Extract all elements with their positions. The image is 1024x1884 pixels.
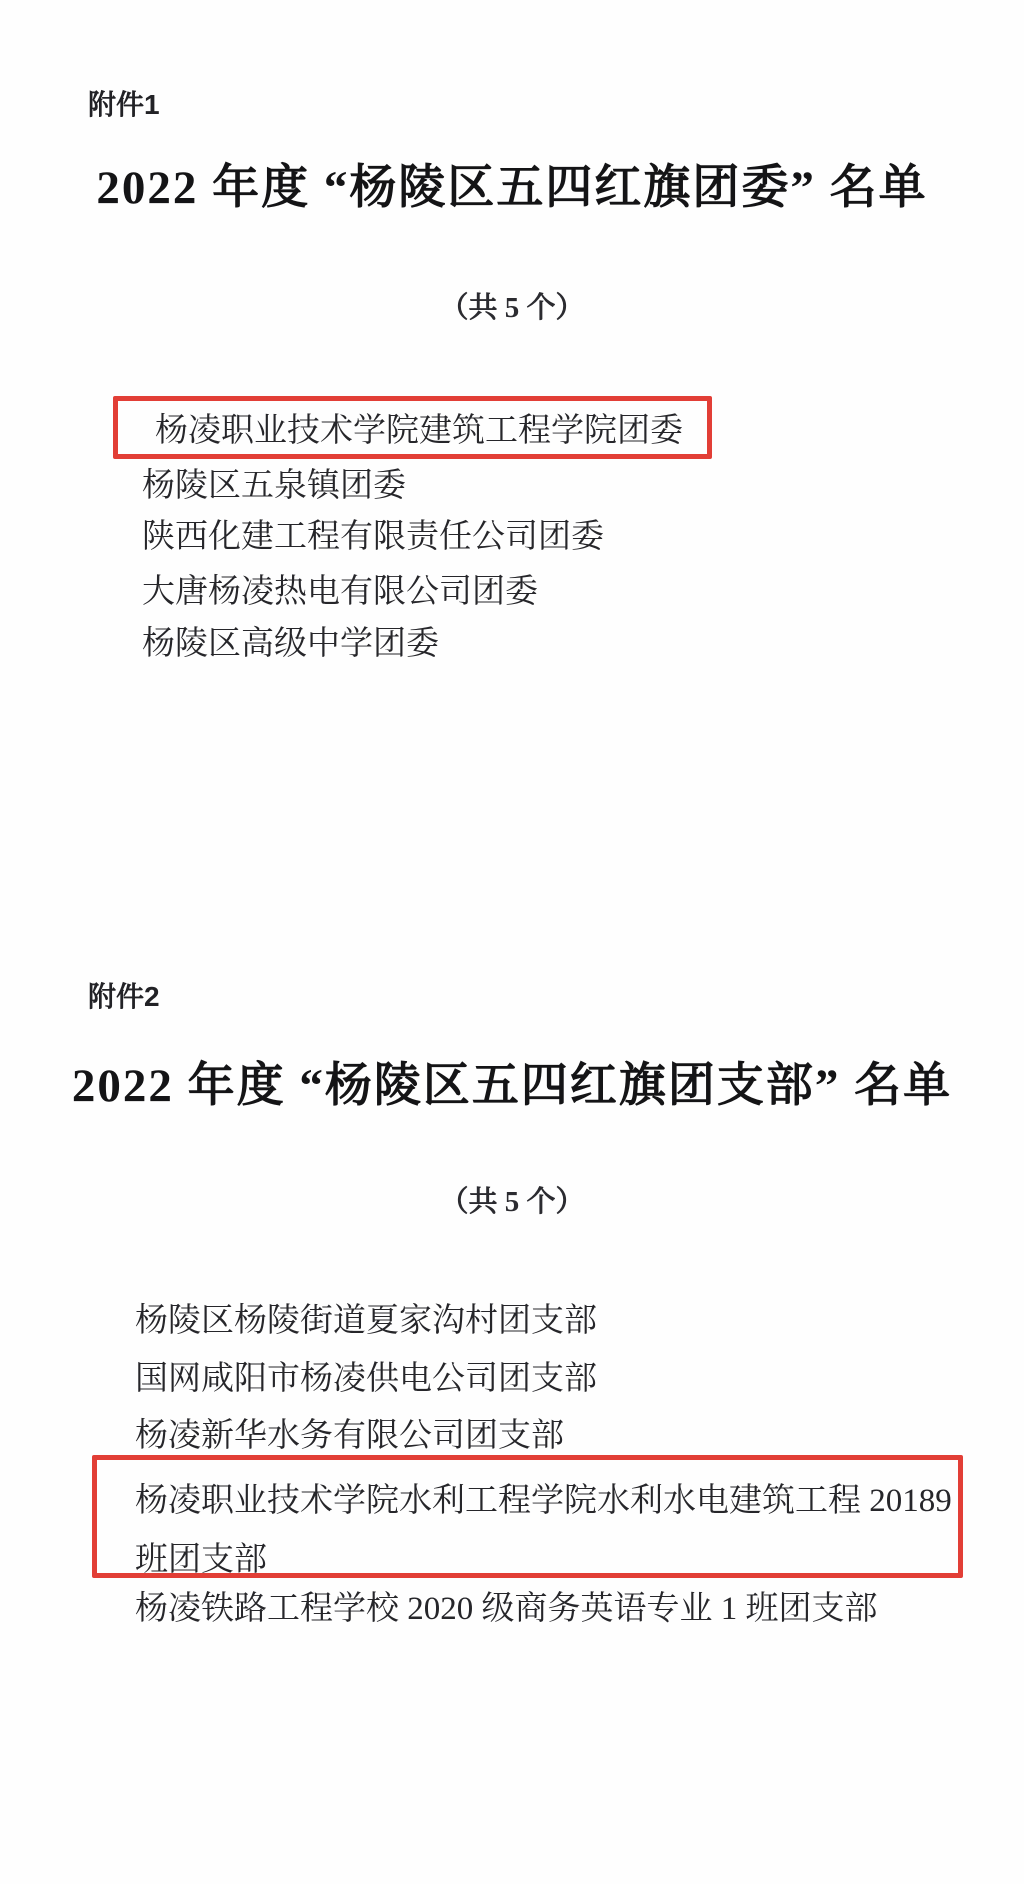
list-item: 杨陵区高级中学团委 (142, 624, 439, 664)
attachment-2-title: 2022 年度 “杨陵区五四红旗团支部” 名单 (0, 1058, 1024, 1114)
highlight-box-1: 杨凌职业技术学院建筑工程学院团委 (113, 396, 712, 459)
attachment-1-label: 附件1 (88, 88, 160, 122)
list-item: 杨凌新华水务有限公司团支部 (135, 1416, 564, 1456)
attachment-1-count: （共 5 个） (0, 290, 1024, 326)
list-item-line-1: 杨凌职业技术学院水利工程学院水利水电建筑工程 20189 (135, 1472, 958, 1531)
list-item: 陕西化建工程有限责任公司团委 (142, 517, 604, 557)
highlight-box-2: 杨凌职业技术学院水利工程学院水利水电建筑工程 20189 班团支部 (92, 1455, 963, 1578)
document-page: 附件1 2022 年度 “杨陵区五四红旗团委” 名单 （共 5 个） 杨凌职业技… (0, 0, 1024, 1884)
attachment-1-title: 2022 年度 “杨陵区五四红旗团委” 名单 (0, 160, 1024, 216)
attachment-1-section: 附件1 2022 年度 “杨陵区五四红旗团委” 名单 （共 5 个） 杨凌职业技… (0, 0, 1024, 940)
list-item: 国网咸阳市杨凌供电公司团支部 (135, 1359, 597, 1399)
list-item: 大唐杨凌热电有限公司团委 (142, 572, 538, 612)
list-item: 杨陵区五泉镇团委 (142, 466, 406, 506)
list-item-line-2: 班团支部 (135, 1531, 958, 1590)
list-item: 杨凌职业技术学院水利工程学院水利水电建筑工程 20189 班团支部 (97, 1460, 958, 1590)
attachment-2-section: 附件2 2022 年度 “杨陵区五四红旗团支部” 名单 （共 5 个） 杨陵区杨… (0, 940, 1024, 1884)
list-item: 杨凌职业技术学院建筑工程学院团委 (118, 401, 707, 453)
attachment-2-label: 附件2 (88, 980, 160, 1014)
attachment-2-count: （共 5 个） (0, 1184, 1024, 1220)
list-item: 杨陵区杨陵街道夏家沟村团支部 (135, 1301, 597, 1341)
list-item: 杨凌铁路工程学校 2020 级商务英语专业 1 班团支部 (135, 1589, 878, 1629)
